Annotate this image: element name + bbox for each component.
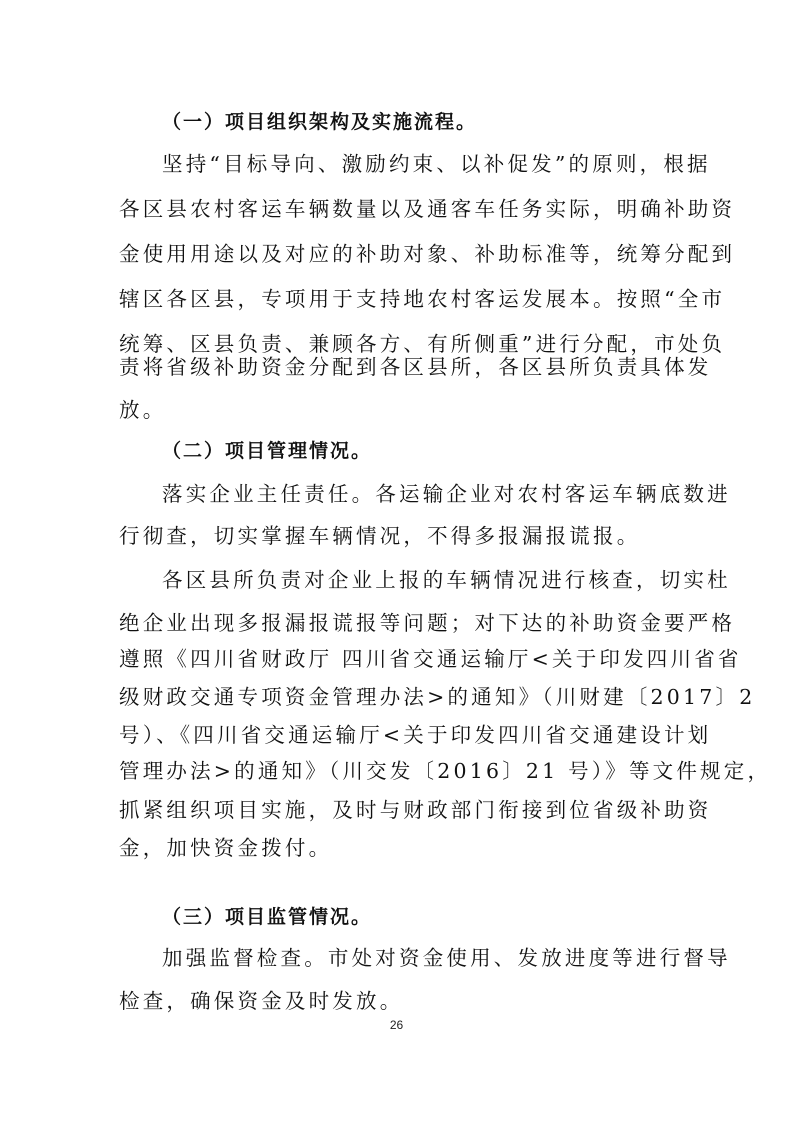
paragraph-line: 各区县所负责对企业上报的车辆情况进行核查，切实杜: [162, 566, 679, 594]
paragraph-line: 级财政交通专项资金管理办法>的通知》（川财建〔2017〕2: [119, 683, 679, 711]
paragraph-line: 责将省级补助资金分配到各区县所，各区县所负责具体发: [119, 353, 679, 381]
paragraph-line: 管理办法>的通知》（川交发〔2016〕21 号）》等文件规定，: [119, 757, 679, 785]
section-heading-3: （三）项目监管情况。: [162, 903, 722, 931]
paragraph-line: 行彻查，切实掌握车辆情况，不得多报漏报谎报。: [119, 522, 679, 550]
paragraph-line: 放。: [119, 396, 679, 424]
paragraph-line: 坚持“目标导向、激励约束、以补促发”的原则，根据: [162, 150, 679, 178]
paragraph-line: 各区县农村客运车辆数量以及通客车任务实际，明确补助资: [119, 195, 679, 223]
page-number: 26: [0, 1018, 793, 1032]
paragraph-line: 号）、《四川省交通运输厅<关于印发四川省交通建设计划: [119, 721, 679, 749]
paragraph-line: 加强监督检查。市处对资金使用、发放进度等进行督导: [162, 944, 679, 972]
paragraph-line: 落实企业主任责任。各运输企业对农村客运车辆底数进: [162, 480, 679, 508]
paragraph-line: 抓紧组织项目实施，及时与财政部门衔接到位省级补助资: [119, 796, 679, 824]
paragraph-line: 金使用用途以及对应的补助对象、补助标准等，统筹分配到: [119, 240, 679, 268]
paragraph-line: 遵照《四川省财政厅 四川省交通运输厅<关于印发四川省省: [119, 645, 679, 673]
paragraph-line: 辖区各区县，专项用于支持地农村客运发展本。按照“全市: [119, 285, 679, 313]
paragraph-line: 绝企业出现多报漏报谎报等问题；对下达的补助资金要严格: [119, 609, 679, 637]
section-heading-1: （一）项目组织架构及实施流程。: [162, 108, 722, 136]
paragraph-line: 检查，确保资金及时发放。: [119, 987, 679, 1015]
section-heading-2: （二）项目管理情况。: [162, 437, 722, 465]
paragraph-line: 金，加快资金拨付。: [119, 834, 679, 862]
